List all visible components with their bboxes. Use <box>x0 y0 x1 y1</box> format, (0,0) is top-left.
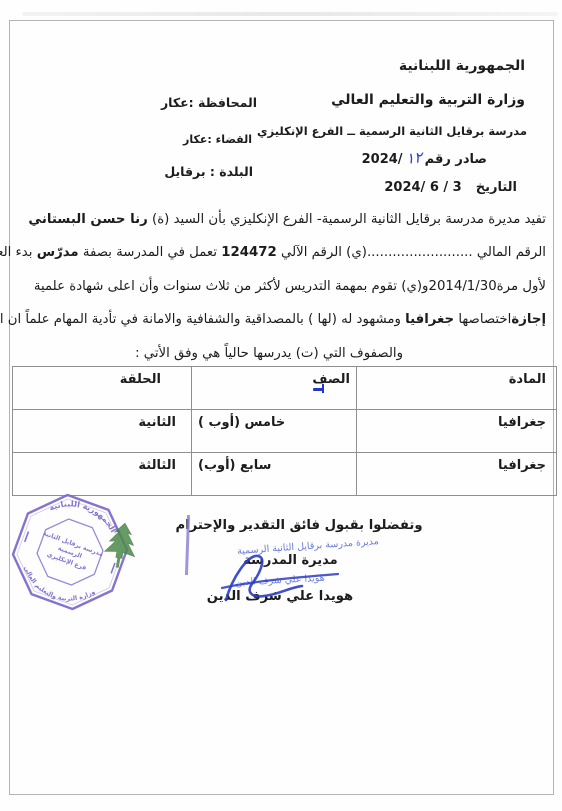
date-line: التاريخ 2024/ 6 / 3 <box>384 180 517 195</box>
body-line-1-text: تفيد مديرة مدرسة برقايل الثانية الرسمية-… <box>148 212 546 227</box>
job-title: مدرّس <box>37 245 79 260</box>
signature-scribble <box>218 548 343 610</box>
class-cell: خامس (أوب ) <box>192 410 357 453</box>
body-line-4-text1: اختصاصها <box>454 312 511 327</box>
issued-label: صادر رقم <box>425 152 487 167</box>
certificate-body: تفيد مديرة مدرسة برقايل الثانية الرسمية-… <box>18 203 546 370</box>
closing-phrase: وتفضلوا بقبول فائق التقدير والإحترام <box>168 518 430 533</box>
automated-number: 124472 <box>221 245 277 260</box>
issued-year: 2024/ <box>362 152 403 167</box>
class-cell: سابع (أوب) <box>192 453 357 496</box>
scan-artifact <box>22 12 558 16</box>
teacher-name: رنا حسن البستاني <box>28 212 147 227</box>
header-town: البلدة : برقايل <box>164 164 253 179</box>
body-line-1: تفيد مديرة مدرسة برقايل الثانية الرسمية-… <box>18 203 546 236</box>
body-line-4-text2: ومشهود له (لها ) بالمصداقية والشفافية وا… <box>0 312 405 327</box>
cycle-cell: الثانية <box>13 410 192 453</box>
financial-number-label: الرقم المالي .........................(ي… <box>277 245 546 260</box>
table-header-cycle: الحلقة <box>13 367 192 410</box>
issued-number-handwritten: ١٢ <box>405 148 423 168</box>
document-page: الجمهورية اللبنانية وزارة التربية والتعل… <box>0 0 562 811</box>
header-school-name: مدرسة برقايل الثانية الرسمية ــ الفرع ال… <box>257 124 527 138</box>
blue-pen-mark-tick <box>322 384 324 393</box>
header-district: القضاء :عكار <box>183 133 252 146</box>
issued-number-line: صادر رقم ١٢ 2024/ <box>362 149 487 167</box>
subjects-table: المادة الصف الحلقة جغرافيا خامس (أوب ) ا… <box>12 366 557 496</box>
date-value: 2024/ 6 / 3 <box>384 180 461 195</box>
body-line-4: إجازةاختصاصها جغرافيا ومشهود له (لها ) ب… <box>18 303 546 336</box>
subject-cell: جغرافيا <box>357 410 557 453</box>
subject-cell: جغرافيا <box>357 453 557 496</box>
date-label: التاريخ <box>476 180 517 195</box>
table-row: جغرافيا خامس (أوب ) الثانية <box>13 410 557 453</box>
seal-left-bar <box>25 532 29 542</box>
header-governorate: المحافظة :عكار <box>161 95 257 110</box>
body-line-2: الرقم المالي .........................(ي… <box>18 236 546 269</box>
body-line-2-end: بدء العمل <box>0 245 37 260</box>
header-ministry: وزارة التربية والتعليم العالي <box>331 92 525 108</box>
table-header-row: المادة الصف الحلقة <box>13 367 557 410</box>
specialty-word: جغرافيا <box>405 312 454 327</box>
body-line-3: لأول مرة2014/1/30و(ي) تقوم بمهمة التدريس… <box>18 270 546 303</box>
header-country: الجمهورية اللبنانية <box>399 58 525 74</box>
degree-word: إجازة <box>511 312 546 327</box>
table-header-class: الصف <box>192 367 357 410</box>
table-header-subject: المادة <box>357 367 557 410</box>
body-line-2-mid: تعمل في المدرسة بصفة <box>79 245 222 260</box>
